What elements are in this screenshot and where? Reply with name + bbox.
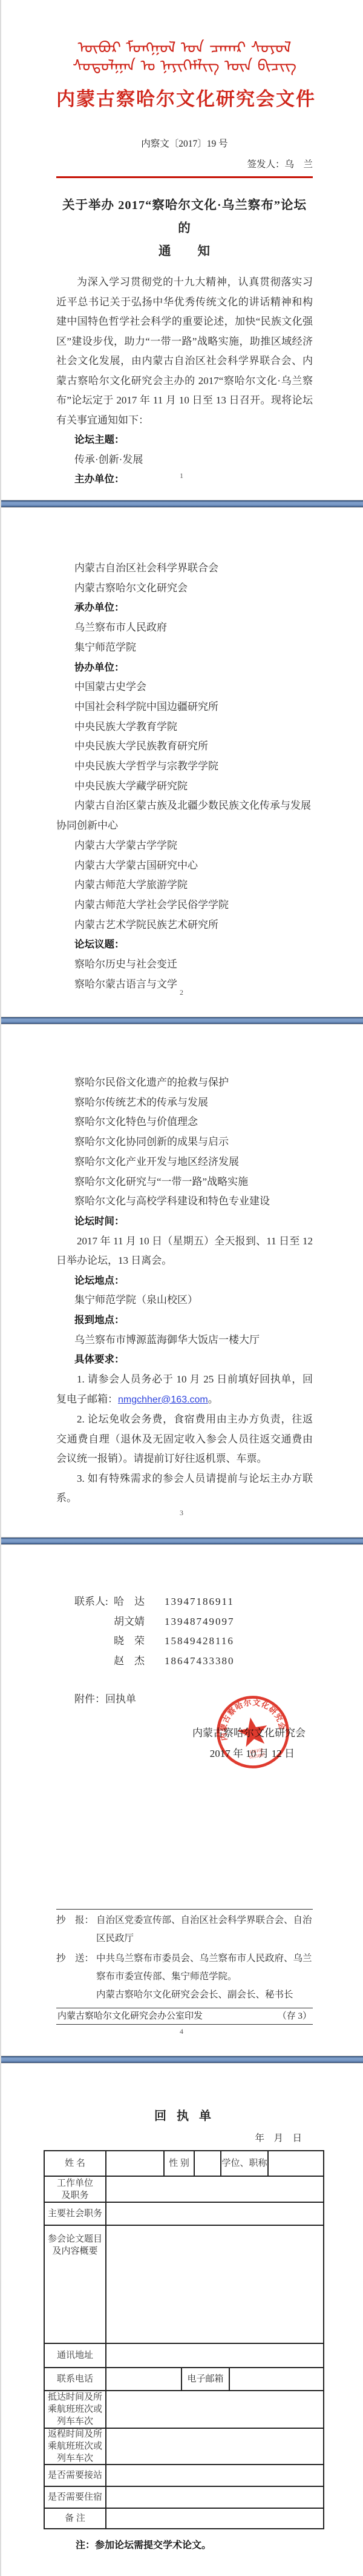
co-organizer-units-label: 协办单位：	[74, 658, 313, 678]
issuer-line: 签发人：乌 兰	[56, 157, 313, 170]
phone-label: 联系电话	[57, 2373, 93, 2385]
forum-topic: 察哈尔文化产业开发与地区经济发展	[74, 1152, 313, 1172]
organizer-units-list: 乌兰察布市人民政府集宁师范学院	[56, 618, 313, 657]
table-row: 参会论文题目 及内容概要	[45, 2225, 323, 2343]
co-organizer-unit: 内蒙古师范大学社会学民俗学学院	[74, 895, 313, 915]
address-value-cell	[105, 2344, 323, 2367]
forum-topic: 察哈尔历史与社会变迁	[74, 955, 313, 975]
forum-topic: 察哈尔文化与高校学科建设和特色专业建设	[74, 1192, 313, 1212]
mongolian-letterhead: ᠥᠪᠥᠷ ᠮᠣᠩᠭᠣᠯ ᠤᠨ ᠴᠠᠬᠠᠷ ᠰᠣᠶᠣᠯ ᠰᠤᠳᠤᠯᠭᠠᠨ ᠤ ᠨᠡ…	[56, 39, 313, 76]
table-row: 返程时间及所 乘航班班次或 列车车次	[45, 2428, 323, 2464]
footer-rule-top	[56, 1909, 313, 1910]
printer-row: 内蒙古察哈尔文化研究会办公室印发 （存 3）	[56, 2008, 313, 2024]
page-break-divider	[0, 500, 363, 508]
contact-name: 晓 荣	[114, 1632, 157, 1651]
paper-title-label-cell: 参会论文题目 及内容概要	[45, 2226, 105, 2343]
page-break-divider	[0, 1537, 363, 1545]
paper-title-label: 参会论文题目 及内容概要	[48, 2233, 102, 2257]
arrival-label-cell: 抵达时间及所 乘航班班次或 列车车次	[45, 2391, 105, 2428]
degree-label: 学位、职称	[221, 2157, 267, 2169]
forum-topic: 察哈尔传统艺术的传承与发展	[74, 1093, 313, 1113]
cc-send-row: 抄 送： 中共乌兰察布市委员会、乌兰察布市人民政府、乌兰察布市委宣传部、集宁师范…	[56, 1950, 313, 2004]
degree-label-cell: 学位、职称	[220, 2151, 267, 2176]
table-row: 姓 名 性 别 学位、职称	[45, 2151, 323, 2176]
pickup-label: 是否需要接站	[48, 2469, 102, 2481]
co-organizer-unit: 中央民族大学藏学研究院	[74, 777, 313, 797]
contact-phone: 15849428116	[165, 1632, 234, 1651]
work-unit-label-cell: 工作单位 及职务	[45, 2177, 105, 2202]
printer-name: 内蒙古察哈尔文化研究会办公室印发	[57, 2008, 203, 2024]
email-value-cell	[229, 2368, 323, 2390]
cc-footer-block: 抄 报： 自治区党委宣传部、自治区社会科学界联合会、自治区民政厅 抄 送： 中共…	[56, 1909, 313, 2025]
contact-first-row: 联系人:哈 达13947186911	[74, 1592, 313, 1612]
page-number: 4	[0, 2027, 363, 2036]
contact-phone: 13948749097	[165, 1612, 235, 1632]
social-post-label: 主要社会职务	[48, 2208, 102, 2220]
name-value-cell	[105, 2151, 163, 2176]
co-organizer-units-list: 中国蒙古史学会中国社会科学院中国边疆研究所中央民族大学教育学院中央民族大学民族教…	[56, 677, 313, 935]
remark-label-cell: 备 注	[45, 2509, 105, 2528]
social-post-label-cell: 主要社会职务	[45, 2203, 105, 2225]
address-label-cell: 通讯地址	[45, 2344, 105, 2367]
organizer-units-label: 承办单位：	[74, 598, 313, 618]
phone-value-cell	[105, 2368, 181, 2390]
page-number: 3	[0, 1509, 363, 1518]
email-label-cell: 电子邮箱	[181, 2368, 229, 2390]
name-label: 姓 名	[65, 2157, 85, 2169]
checkin-location: 乌兰察布市博源蓝海御华大饭店一楼大厅	[74, 1330, 313, 1350]
document-number: 内察文〔2017〕19 号	[56, 136, 313, 150]
contact-phone: 18647433380	[165, 1651, 235, 1671]
table-row: 工作单位 及职务	[45, 2176, 323, 2202]
paper-title-value-cell	[105, 2226, 323, 2343]
table-row: 是否需要接站	[45, 2464, 323, 2486]
email-label: 电子邮箱	[187, 2373, 223, 2385]
page-number: 2	[0, 988, 363, 997]
forum-venue-label: 论坛地点：	[74, 1271, 313, 1291]
pickup-value-cell	[105, 2465, 323, 2486]
degree-value-cell	[267, 2151, 323, 2176]
document-page-1: ᠥᠪᠥᠷ ᠮᠣᠩᠭᠣᠯ ᠤᠨ ᠴᠠᠬᠠᠷ ᠰᠣᠶᠣᠯ ᠰᠤᠳᠤᠯᠭᠠᠨ ᠤ ᠨᠡ…	[0, 0, 363, 500]
page-break-divider	[0, 2056, 363, 2063]
lodging-value-cell	[105, 2487, 323, 2508]
contact-phone: 13947186911	[165, 1592, 234, 1612]
remark-label: 备 注	[65, 2512, 85, 2525]
table-row: 通讯地址	[45, 2343, 323, 2367]
return-label-cell: 返程时间及所 乘航班班次或 列车车次	[45, 2429, 105, 2464]
arrival-value-cell	[105, 2391, 323, 2428]
cc-send-label: 抄 送：	[56, 1950, 96, 2004]
organizer-unit: 乌兰察布市人民政府	[74, 618, 313, 638]
co-organizer-unit: 中央民族大学民族教育研究所	[74, 737, 313, 757]
contact-name: 哈 达	[114, 1592, 157, 1612]
cc-send-line2: 内蒙古察哈尔文化研究会会长、副会长、秘书长	[96, 1986, 313, 2004]
org-letterhead-title: 内蒙古察哈尔文化研究会文件	[56, 84, 313, 111]
copies-note: （存 3）	[278, 2008, 312, 2024]
co-organizer-unit: 内蒙古自治区蒙古族及北疆少数民族文化传承与发展协同创新中心	[56, 796, 313, 835]
forum-time-label: 论坛时间：	[74, 1212, 313, 1232]
co-organizer-unit: 中央民族大学哲学与宗教学学院	[74, 757, 313, 777]
address-label: 通讯地址	[57, 2349, 93, 2362]
reply-slip-title: 回 执 单	[56, 2106, 313, 2123]
co-organizer-unit: 内蒙古大学蒙古国研究中心	[74, 856, 313, 876]
intro-paragraph: 为深入学习贯彻党的十九大精神，认真贯彻落实习近平总书记关于弘扬中华优秀传统文化的…	[56, 273, 313, 430]
document-page-4: 联系人:哈 达13947186911 胡文婧13948749097晓 荣1584…	[0, 1545, 363, 2056]
contact-row: 晓 荣15849428116	[114, 1632, 313, 1651]
document-title-line2: 通 知	[56, 240, 313, 263]
lodging-label-cell: 是否需要住宿	[45, 2487, 105, 2508]
host-units-list: 内蒙古自治区社会科学界联合会内蒙古察哈尔文化研究会	[56, 559, 313, 598]
name-label-cell: 姓 名	[45, 2151, 105, 2176]
forum-topic: 察哈尔文化协同创新的成果与启示	[74, 1132, 313, 1152]
forum-topic: 察哈尔民俗文化遗产的抢救与保护	[74, 1073, 313, 1093]
pickup-label-cell: 是否需要接站	[45, 2465, 105, 2486]
phone-label-cell: 联系电话	[45, 2368, 105, 2390]
reply-slip-date-blank: 年 月 日	[56, 2131, 313, 2144]
social-post-value-cell	[105, 2203, 323, 2225]
checkin-location-label: 报到地点：	[74, 1310, 313, 1330]
requirement-1-period: 。	[208, 1393, 218, 1405]
gender-label-cell: 性 别	[163, 2151, 194, 2176]
requirement-3: 3. 如有特殊需求的参会人员请提前与论坛主办方联系。	[56, 1469, 313, 1509]
co-organizer-unit: 中央民族大学教育学院	[74, 717, 313, 737]
forum-venue: 集宁师范学院（泉山校区）	[74, 1290, 313, 1310]
cc-send-line1: 中共乌兰察布市委员会、乌兰察布市人民政府、乌兰察布市委宣传部、集宁师范学院。	[96, 1950, 313, 1986]
return-value-cell	[105, 2429, 323, 2464]
table-row: 是否需要住宿	[45, 2486, 323, 2508]
co-organizer-unit: 中国社会科学院中国边疆研究所	[74, 697, 313, 717]
co-organizer-unit: 内蒙古大学蒙古学学院	[74, 836, 313, 856]
forum-topic: 察哈尔文化特色与价值理念	[74, 1112, 313, 1132]
forum-topic: 察哈尔文化研究与“一带一路”战略实施	[74, 1172, 313, 1192]
contact-name: 胡文婧	[114, 1612, 157, 1632]
submission-note: 注：参加论坛需提交学术论文。	[76, 2537, 313, 2551]
host-unit: 内蒙古自治区社会科学界联合会	[74, 559, 313, 579]
forum-theme-label: 论坛主题：	[74, 430, 313, 450]
contact-label: 联系人:	[74, 1592, 114, 1612]
gender-label: 性 别	[169, 2157, 189, 2169]
forum-topics-label: 论坛议题：	[74, 935, 313, 955]
cc-report-body: 自治区党委宣传部、自治区社会科学界联合会、自治区民政厅	[96, 1911, 313, 1948]
return-label: 返程时间及所 乘航班班次或 列车车次	[48, 2428, 102, 2465]
contact-row: 胡文婧13948749097	[114, 1612, 313, 1632]
organizer-unit: 集宁师范学院	[74, 638, 313, 658]
document-title-line1: 关于举办 2017“察哈尔文化·乌兰察布”论坛的	[56, 194, 313, 240]
co-organizer-unit: 中国蒙古史学会	[74, 677, 313, 697]
host-unit: 内蒙古察哈尔文化研究会	[74, 579, 313, 599]
co-organizer-unit: 内蒙古师范大学旅游学院	[74, 875, 313, 895]
arrival-label: 抵达时间及所 乘航班班次或 列车车次	[48, 2391, 102, 2428]
document-page-5: 回 执 单 年 月 日 姓 名 性 别 学位、职称 工作单位 及职务 主要社会职…	[0, 2063, 363, 2576]
co-organizer-unit: 内蒙古艺术学院民族艺术研究所	[74, 915, 313, 935]
requirement-1: 1. 请参会人员务必于 10 月 25 日前填好回执单，回复电子邮箱：nmgch…	[56, 1370, 313, 1410]
work-unit-label: 工作单位 及职务	[57, 2177, 93, 2202]
lodging-label: 是否需要住宿	[48, 2491, 102, 2503]
reply-slip-table: 姓 名 性 别 学位、职称 工作单位 及职务 主要社会职务 参会论文题目 及内容…	[44, 2150, 324, 2529]
remark-value-cell	[105, 2509, 323, 2528]
forum-time-text: 2017 年 11 月 10 日（星期五）全天报到、11 日至 12 日举办论坛…	[56, 1232, 313, 1271]
screenshot-left-edge	[0, 0, 1, 2576]
contact-name: 赵 杰	[114, 1651, 157, 1671]
page-number: 1	[0, 471, 363, 480]
footer-rule-bottom	[56, 2024, 313, 2025]
document-page-3: 察哈尔民俗文化遗产的抢救与保护察哈尔传统艺术的传承与发展察哈尔文化特色与价值理念…	[0, 1024, 363, 1537]
page-break-divider	[0, 1017, 363, 1024]
gender-value-cell	[194, 2151, 220, 2176]
official-red-seal: 内蒙古察哈尔文化研究会 150102 0115097	[207, 1686, 299, 1779]
contact-row: 赵 杰18647433380	[114, 1651, 313, 1671]
forum-topics-list: 察哈尔民俗文化遗产的抢救与保护察哈尔传统艺术的传承与发展察哈尔文化特色与价值理念…	[56, 1073, 313, 1212]
forum-theme: 传承·创新·发展	[74, 450, 313, 470]
document-title: 关于举办 2017“察哈尔文化·乌兰察布”论坛的 通 知	[56, 194, 313, 263]
work-unit-value-cell	[105, 2177, 323, 2202]
table-row: 联系电话 电子邮箱	[45, 2367, 323, 2390]
red-separator-rule	[56, 176, 313, 178]
table-row: 抵达时间及所 乘航班班次或 列车车次	[45, 2390, 323, 2428]
cc-report-label: 抄 报：	[56, 1911, 96, 1948]
document-page-2: 内蒙古自治区社会科学界联合会内蒙古察哈尔文化研究会 承办单位： 乌兰察布市人民政…	[0, 508, 363, 1017]
contact-list: 胡文婧13948749097晓 荣15849428116赵 杰186474333…	[114, 1612, 313, 1671]
cc-report-row: 抄 报： 自治区党委宣传部、自治区社会科学界联合会、自治区民政厅	[56, 1911, 313, 1948]
table-row: 主要社会职务	[45, 2202, 323, 2225]
requirement-2: 2. 论坛免收会务费，食宿费用由主办方负责，往返交通费自理（退休及无固定收入参会…	[56, 1410, 313, 1469]
table-row: 备 注	[45, 2508, 323, 2528]
cc-send-body: 中共乌兰察布市委员会、乌兰察布市人民政府、乌兰察布市委宣传部、集宁师范学院。 内…	[96, 1950, 313, 2004]
seal-star-icon	[235, 1715, 270, 1748]
reply-email-link[interactable]: nmgchher@163.com	[118, 1395, 208, 1405]
requirements-label: 具体要求：	[74, 1350, 313, 1370]
